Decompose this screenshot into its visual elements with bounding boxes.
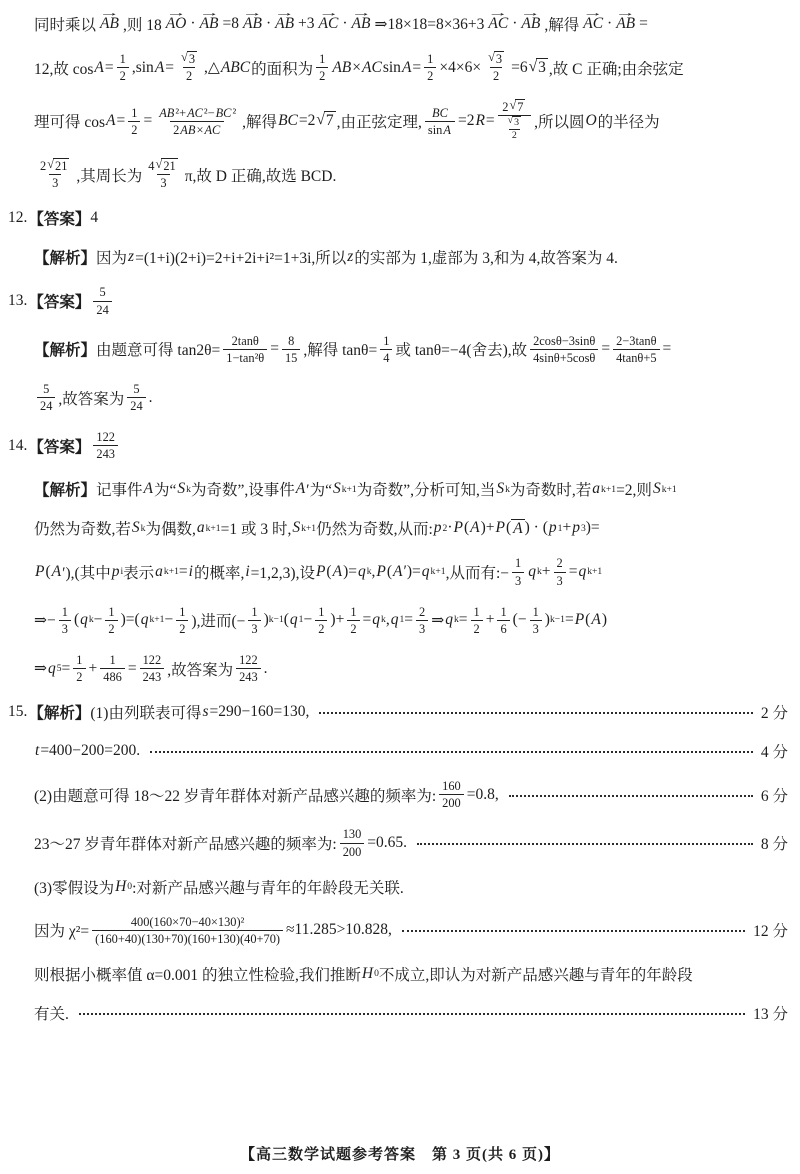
math-text: 仍然为奇数,若 xyxy=(34,517,131,539)
math-text: =0.8, xyxy=(467,786,499,804)
math-text: 为奇数”,设事件 xyxy=(191,478,295,500)
math-text: 为偶数, xyxy=(145,517,195,539)
radicand: 21 xyxy=(53,158,69,174)
math-text: 仍然为奇数,从而: xyxy=(316,517,433,539)
q13-analysis-line-2: 524,故答案为524. xyxy=(34,381,790,414)
math-variable: z xyxy=(127,248,135,266)
math-text: ′),(其中 xyxy=(62,561,111,583)
denominator: 15 xyxy=(282,349,300,366)
fraction: 16 xyxy=(497,604,509,637)
fraction: 4√213 xyxy=(145,158,181,191)
math-variable: p xyxy=(548,519,558,537)
line-body: 【解析】因为 z=(1+i)(2+i)=2+i+2i+i²=1+3i,所以 z … xyxy=(34,246,618,268)
radicand: 3 xyxy=(494,51,504,67)
math-variable: A xyxy=(295,480,306,498)
q14-analysis-line-5: ⇒q5=12+1486=122243,故答案为122243. xyxy=(34,652,790,685)
math-text: )= xyxy=(343,563,357,581)
numerator: 122 xyxy=(236,652,261,668)
line-body: 仍然为奇数,若 Sk 为偶数,ak+1=1 或 3 时,Sk+1仍然为奇数,从而… xyxy=(34,517,600,539)
fraction: 23 xyxy=(554,555,566,588)
line-body: 524,故答案为524. xyxy=(34,381,153,414)
exam-answer-page: { "colors": {"paper": "#ffffff", "text":… xyxy=(0,0,800,1174)
math-text: − xyxy=(94,611,103,629)
numerator: 1 xyxy=(117,51,129,67)
numerator: 8 xyxy=(285,333,297,349)
score-label: 12 分 xyxy=(753,919,788,941)
denominator: 3 xyxy=(157,174,169,191)
q15-step-8: 有关.13 分 xyxy=(34,1001,790,1025)
math-text: = xyxy=(270,340,279,358)
math-text: ,故答案为 xyxy=(167,658,233,680)
math-text: 4 xyxy=(90,209,98,227)
math-text: = xyxy=(459,611,468,629)
math-text: = xyxy=(105,59,114,77)
q15-step-1: 15.【解析】(1)由列联表可得 s=290−160=130,2 分 xyxy=(34,700,790,724)
fraction: 12 xyxy=(176,604,188,637)
denominator: 486 xyxy=(100,668,125,685)
dotted-leader xyxy=(402,930,745,932)
numerator: 1 xyxy=(176,604,188,620)
fraction: 12 xyxy=(128,105,140,138)
fraction: 12 xyxy=(471,604,483,637)
math-text: = xyxy=(117,112,126,130)
fraction: 1486 xyxy=(100,652,125,685)
math-text: 同时乘以 xyxy=(34,13,96,35)
numerator: AB²+AC²−BC² xyxy=(155,105,239,121)
denominator: 243 xyxy=(236,668,261,685)
superscript: k−1 xyxy=(550,615,565,625)
q11-solution-line-3: 理可得 cosA=12=AB²+AC²−BC²2AB×AC,解得 BC=2√7,… xyxy=(34,99,790,143)
math-text: 理可得 cos xyxy=(34,110,105,132)
fraction: 13 xyxy=(512,555,524,588)
denominator: √32 xyxy=(498,115,531,143)
denominator: 3 xyxy=(512,572,524,589)
vector-symbol: AB xyxy=(520,15,541,33)
denominator: 2 xyxy=(105,620,117,637)
math-text: = xyxy=(179,563,188,581)
fraction: 12 xyxy=(105,604,117,637)
math-text: ≈11.285>10.828, xyxy=(286,921,392,939)
numerator: 122 xyxy=(93,429,118,445)
math-variable: A xyxy=(590,611,601,629)
math-variable: P xyxy=(574,611,585,629)
math-variable: H xyxy=(114,878,127,896)
denominator: 3 xyxy=(416,620,428,637)
math-text: 的概率, xyxy=(194,561,244,583)
subscript: k+1 xyxy=(164,567,179,577)
numerator: 5 xyxy=(96,284,108,300)
math-variable: q xyxy=(421,563,431,581)
vector-symbol: AB xyxy=(99,15,120,33)
math-variable: P xyxy=(453,519,464,537)
score-label: 8 分 xyxy=(761,832,788,854)
radicand: 7 xyxy=(324,111,336,131)
math-text: =1 或 3 时, xyxy=(221,517,292,539)
math-variable: O xyxy=(584,112,597,130)
line-body: P(A′),(其中 pi 表示 ak+1=i 的概率,i=1,2,3),设 P(… xyxy=(34,555,602,588)
numerator: 122 xyxy=(140,652,165,668)
math-variable: a xyxy=(154,563,164,581)
math-text: =2,则 xyxy=(616,478,652,500)
math-text: ,△ xyxy=(204,58,220,77)
math-variable: q xyxy=(289,611,299,629)
item-number: 13. xyxy=(8,292,27,310)
math-text: ,故答案为 xyxy=(58,387,124,409)
math-text: + xyxy=(562,519,571,537)
fraction: 12 xyxy=(73,652,85,685)
fraction: 13 xyxy=(248,604,260,637)
math-variable: R xyxy=(474,112,485,130)
subscript: k+1 xyxy=(662,485,677,495)
page-footer: 【高三数学试题参考答案 第 3 页(共 6 页)】 xyxy=(0,1143,800,1164)
subscript: k+1 xyxy=(601,485,616,495)
math-text: 则根据小概率值 α=0.001 的独立性检验,我们推断 xyxy=(34,963,361,985)
numerator: √3 xyxy=(484,51,508,67)
math-variable: AC xyxy=(186,105,204,121)
score-label: 2 分 xyxy=(761,701,788,723)
vector-symbol: AC xyxy=(487,15,509,33)
math-variable: A xyxy=(93,59,104,77)
math-text: + xyxy=(542,563,551,581)
numerator: 1 xyxy=(248,604,260,620)
line-body: 【答案】4 xyxy=(28,207,98,229)
dotted-leader xyxy=(150,751,753,753)
math-text: + xyxy=(89,660,98,678)
fraction: 23 xyxy=(416,604,428,637)
fraction: 12 xyxy=(316,51,328,84)
line-body: 有关. xyxy=(34,1002,69,1024)
math-text: ,解得 xyxy=(242,110,277,132)
math-variable: s xyxy=(201,703,209,721)
math-text: ⇒ xyxy=(34,659,47,678)
math-variable: S xyxy=(291,519,301,537)
bold-label: 【解析】 xyxy=(28,701,90,723)
line-body: 则根据小概率值 α=0.001 的独立性检验,我们推断 H0 不成立,即认为对新… xyxy=(34,963,693,985)
fraction: 122243 xyxy=(140,652,165,685)
denominator: 2 xyxy=(471,620,483,637)
line-body: ⇒−13(qk−12)=(qk+1−12),进而(−13)k−1(q1−12)+… xyxy=(34,604,607,637)
q14-analysis-line-4: ⇒−13(qk−12)=(qk+1−12),进而(−13)k−1(q1−12)+… xyxy=(34,604,790,637)
line-body: 23～27 岁青年群体对新产品感兴趣的频率为:130200=0.65. xyxy=(34,826,407,859)
math-variable: A xyxy=(401,59,412,77)
fraction: 2√7√32 xyxy=(498,99,531,143)
q11-solution-line-4: 2√213,其周长为4√213π,故 D 正确,故选 BCD. xyxy=(34,158,790,191)
math-text: = xyxy=(412,59,421,77)
math-text: . xyxy=(149,389,153,407)
math-text: ,由正弦定理, xyxy=(337,110,422,132)
math-variable: A xyxy=(392,563,403,581)
denominator: 4tanθ+5 xyxy=(613,349,659,366)
subscript: k+1 xyxy=(342,485,357,495)
numerator: 4√21 xyxy=(145,158,181,174)
math-text: 记事件 xyxy=(96,478,143,500)
denominator: 24 xyxy=(37,397,55,414)
math-variable: q xyxy=(47,660,57,678)
numerator: √3 xyxy=(177,51,201,67)
math-variable: BC xyxy=(215,105,233,121)
math-text: = xyxy=(143,112,152,130)
radicand: 3 xyxy=(187,51,197,67)
denominator: 200 xyxy=(439,794,464,811)
math-text: 因为 χ²= xyxy=(34,919,89,941)
math-text: =1,2,3),设 xyxy=(251,561,315,583)
fraction: 14 xyxy=(380,333,392,366)
vector-symbol: AO xyxy=(165,15,188,33)
line-body: (3)零假设为 H0:对新产品感兴趣与青年的年龄段无关联. xyxy=(34,876,404,898)
numerator: 1 xyxy=(380,333,392,349)
math-text: )=( xyxy=(121,611,140,629)
denominator: 2 xyxy=(128,121,140,138)
vector-symbol: AB xyxy=(274,15,295,33)
score-label: 4 分 xyxy=(761,740,788,762)
math-variable: q xyxy=(371,611,381,629)
sqrt-expression: √21 xyxy=(156,158,178,174)
sqrt-expression: √3 xyxy=(529,58,548,78)
numerator: 400(160×70−40×130)² xyxy=(128,914,247,930)
math-text: =6 xyxy=(511,59,528,77)
numerator: 1 xyxy=(471,604,483,620)
math-text: 23～27 岁青年群体对新产品感兴趣的频率为: xyxy=(34,832,337,854)
math-variable: p xyxy=(433,519,443,537)
item-number: 14. xyxy=(8,437,27,455)
denominator: (160+40)(130+70)(160+130)(40+70) xyxy=(92,930,283,947)
math-variable: ABC xyxy=(220,59,251,77)
math-variable: p xyxy=(571,519,581,537)
sqrt-expression: √21 xyxy=(47,158,69,174)
fraction: 12 xyxy=(347,604,359,637)
dotted-leader xyxy=(417,843,753,845)
radicand: 3 xyxy=(512,116,521,129)
math-variable: S xyxy=(131,519,141,537)
math-text: ′)= xyxy=(404,563,421,581)
math-text: = xyxy=(128,660,137,678)
math-text: = xyxy=(363,611,372,629)
denominator: 2 xyxy=(347,620,359,637)
math-variable: S xyxy=(332,480,342,498)
q15-step-5: (3)零假设为 H0:对新产品感兴趣与青年的年龄段无关联. xyxy=(34,875,790,899)
math-variable: P xyxy=(34,563,45,581)
fraction: 130200 xyxy=(340,826,365,859)
math-text: (1)由列联表可得 xyxy=(90,701,201,723)
numerator: 5 xyxy=(40,381,52,397)
fraction: √32 xyxy=(504,116,525,143)
vector-symbol: AB xyxy=(615,15,636,33)
math-variable: BC xyxy=(431,105,449,121)
math-variable: S xyxy=(652,480,662,498)
fraction: 122243 xyxy=(93,429,118,462)
math-text: )+ xyxy=(330,611,344,629)
math-text: 的半径为 xyxy=(598,110,660,132)
math-variable: AC xyxy=(361,59,383,77)
denominator: 3 xyxy=(59,620,71,637)
math-text: 由题意可得 tan2θ= xyxy=(96,338,220,360)
numerator: 1 xyxy=(347,604,359,620)
denominator: 1−tan²θ xyxy=(223,349,267,366)
line-body: 理可得 cosA=12=AB²+AC²−BC²2AB×AC,解得 BC=2√7,… xyxy=(34,99,660,143)
math-variable: A xyxy=(332,563,343,581)
dotted-leader xyxy=(319,712,752,714)
subscript: k+1 xyxy=(149,615,164,625)
answer-sheet-content: 同时乘以AB,则 18 AO · AB=8 AB · AB+3 AC · AB⇒… xyxy=(0,0,800,1025)
item-number: 15. xyxy=(8,703,27,721)
bold-label: 【解析】 xyxy=(34,338,96,360)
math-text: =400−200=200. xyxy=(40,742,140,760)
q11-solution-line-1: 同时乘以AB,则 18 AO · AB=8 AB · AB+3 AC · AB⇒… xyxy=(34,12,790,36)
math-variable: q xyxy=(577,563,587,581)
numerator: 1 xyxy=(315,604,327,620)
numerator: 1 xyxy=(512,555,524,571)
denominator: 3 xyxy=(248,620,260,637)
numerator: 1 xyxy=(106,652,118,668)
math-text: ,解得 tanθ= xyxy=(303,338,377,360)
vector-symbol: AB xyxy=(199,15,220,33)
numerator: 1 xyxy=(128,105,140,121)
numerator: 2−3tanθ xyxy=(613,333,659,349)
math-variable: AB xyxy=(179,122,196,138)
denominator: 6 xyxy=(497,620,509,637)
radicand: 7 xyxy=(515,99,525,115)
q14-analysis-line-1: 【解析】记事件 A 为“Sk 为奇数”,设事件 A′为“Sk+1为奇数”,分析可… xyxy=(34,477,790,501)
math-variable: A xyxy=(469,519,480,537)
numerator: 1 xyxy=(59,604,71,620)
math-text: ),进而(− xyxy=(191,609,245,631)
numerator: 5 xyxy=(130,381,142,397)
denominator: 2 xyxy=(73,668,85,685)
math-variable: P xyxy=(495,519,506,537)
fraction: 2tanθ1−tan²θ xyxy=(223,333,267,366)
q15-step-6: 因为 χ²=400(160×70−40×130)²(160+40)(130+70… xyxy=(34,914,790,947)
math-text: ,其周长为 xyxy=(76,164,142,186)
math-variable: q xyxy=(390,611,400,629)
math-text: + xyxy=(486,611,495,629)
sqrt-expression: √7 xyxy=(509,99,525,115)
denominator: 2AB×AC xyxy=(170,121,224,138)
fraction: 160200 xyxy=(439,778,464,811)
bold-label: 【答案】 xyxy=(28,207,90,229)
superscript: k−1 xyxy=(269,615,284,625)
line-body: 2√213,其周长为4√213π,故 D 正确,故选 BCD. xyxy=(34,158,336,191)
math-text: =2 xyxy=(458,112,475,130)
fraction: 2√213 xyxy=(37,158,73,191)
bold-label: 【解析】 xyxy=(34,246,96,268)
line-body: 【解析】由题意可得 tan2θ=2tanθ1−tan²θ=815,解得 tanθ… xyxy=(34,333,671,366)
denominator: 2 xyxy=(316,67,328,84)
math-variable: a xyxy=(196,519,206,537)
numerator: 1 xyxy=(73,652,85,668)
sqrt-expression: √3 xyxy=(181,51,197,67)
line-body: 【答案】524 xyxy=(28,284,114,317)
fraction: 12 xyxy=(424,51,436,84)
q12-answer: 12.【答案】4 xyxy=(34,206,790,230)
math-text: . xyxy=(264,660,268,678)
math-variable: BC xyxy=(277,112,299,130)
math-text: − xyxy=(164,611,173,629)
vector-symbol: AC xyxy=(318,15,340,33)
math-text: ⇒− xyxy=(34,611,56,630)
numerator: 2tanθ xyxy=(229,333,262,349)
math-variable: P xyxy=(315,563,326,581)
numerator: 160 xyxy=(439,778,464,794)
math-variable: q xyxy=(527,563,537,581)
line-body: 【解析】记事件 A 为“Sk 为奇数”,设事件 A′为“Sk+1为奇数”,分析可… xyxy=(34,478,677,500)
math-text: ,sin xyxy=(132,59,154,77)
math-text: =(1+i)(2+i)=2+i+2i+i²=1+3i,所以 xyxy=(135,246,346,268)
math-text: ⇒18×18=8×36+3 xyxy=(374,15,484,34)
fraction: 524 xyxy=(37,381,55,414)
fraction: 122243 xyxy=(236,652,261,685)
denominator: 2 xyxy=(424,67,436,84)
math-text: = xyxy=(663,340,672,358)
q13-analysis-line-1: 【解析】由题意可得 tan2θ=2tanθ1−tan²θ=815,解得 tanθ… xyxy=(34,333,790,366)
denominator: 200 xyxy=(340,843,365,860)
math-text: ′为“ xyxy=(306,478,332,500)
math-variable: A xyxy=(154,59,165,77)
math-text: 有关. xyxy=(34,1002,69,1024)
q14-analysis-line-2: 仍然为奇数,若 Sk 为偶数,ak+1=1 或 3 时,Sk+1仍然为奇数,从而… xyxy=(34,516,790,540)
q13-answer: 13.【答案】524 xyxy=(34,284,790,317)
denominator: 24 xyxy=(93,301,111,318)
math-text: − xyxy=(303,611,312,629)
denominator: sinA xyxy=(425,121,455,138)
numerator: 1 xyxy=(424,51,436,67)
fraction: 524 xyxy=(127,381,145,414)
math-variable: A xyxy=(442,122,452,138)
math-variable: A xyxy=(143,480,154,498)
math-text: :对新产品感兴趣与青年的年龄段无关联. xyxy=(132,876,404,898)
math-text: ,故 C 正确;由余弦定 xyxy=(549,57,684,79)
math-text: =290−160=130, xyxy=(210,703,310,721)
math-text: ) · ( xyxy=(525,519,548,537)
math-text: 为奇数时,若 xyxy=(510,478,591,500)
math-variable: AB xyxy=(158,105,175,121)
numerator: 1 xyxy=(530,604,542,620)
denominator: 3 xyxy=(554,572,566,589)
math-text: ) xyxy=(602,611,607,629)
item-number: 12. xyxy=(8,209,27,227)
math-text: ,从而有:− xyxy=(446,561,509,583)
line-body: 【解析】(1)由列联表可得 s=290−160=130, xyxy=(28,701,309,723)
math-variable: q xyxy=(444,611,454,629)
math-text: = xyxy=(565,611,574,629)
math-text: =2 xyxy=(299,112,316,130)
numerator: BC xyxy=(428,105,452,121)
math-text: 不成立,即认为对新产品感兴趣与青年的年龄段 xyxy=(379,963,693,985)
math-text: 表示 xyxy=(123,561,154,583)
math-text: 的实部为 1,虚部为 3,和为 4,故答案为 4. xyxy=(354,246,618,268)
math-text: sin xyxy=(383,59,401,77)
line-body: 【答案】122243 xyxy=(28,429,121,462)
numerator: 2√21 xyxy=(37,158,73,174)
math-text: 因为 xyxy=(96,246,127,268)
bold-label: 【答案】 xyxy=(28,290,90,312)
math-text: 为奇数”,分析可知,当 xyxy=(357,478,496,500)
math-variable: A xyxy=(105,112,116,130)
math-text: (− xyxy=(513,611,527,629)
subscript: k+1 xyxy=(587,567,602,577)
math-text: 的面积为 xyxy=(251,57,313,79)
math-text: (2)由题意可得 18～22 岁青年群体对新产品感兴趣的频率为: xyxy=(34,784,436,806)
numerator: 2cosθ−3sinθ xyxy=(530,333,598,349)
dotted-leader xyxy=(509,795,753,797)
sqrt-expression: √3 xyxy=(508,116,521,129)
math-text: ×4×6× xyxy=(439,59,481,77)
math-variable: P xyxy=(375,563,386,581)
math-text: = xyxy=(165,59,174,77)
dotted-leader xyxy=(79,1013,745,1015)
numerator: 2 xyxy=(554,555,566,571)
denominator: 2 xyxy=(490,67,502,84)
q14-answer: 14.【答案】122243 xyxy=(34,429,790,462)
